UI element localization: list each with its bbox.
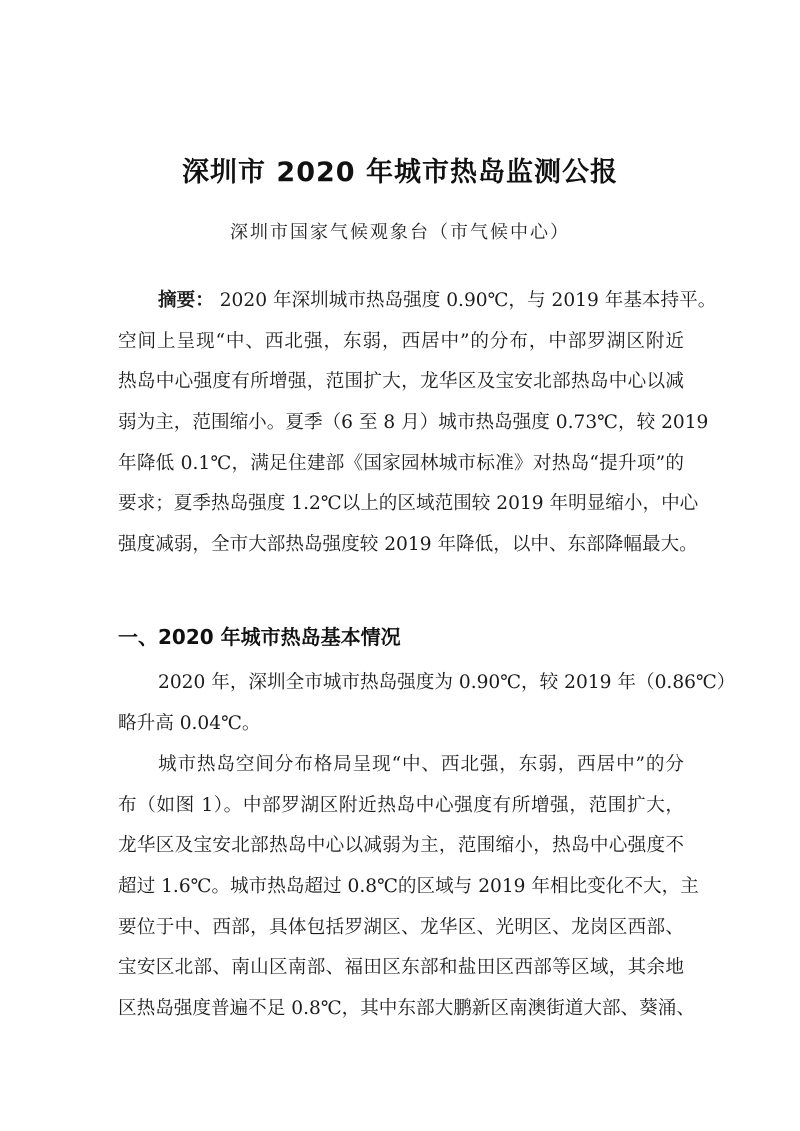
paragraph-line: 略升高 0.04℃。 [118, 704, 684, 745]
document-title: 深圳市 2020 年城市热岛监测公报 [0, 150, 800, 189]
paragraph-line: 布（如图 1）。中部罗湖区附近热岛中心强度有所增强，范围扩大， [118, 786, 684, 827]
paragraph-2: 城市热岛空间分布格局呈现“中、西北强，东弱，西居中”的分 布（如图 1）。中部罗… [118, 745, 684, 1030]
abstract-line: 弱为主，范围缩小。夏季（6 至 8 月）城市热岛强度 0.73℃，较 2019 [118, 403, 684, 444]
document-subtitle: 深圳市国家气候观象台（市气候中心） [0, 218, 800, 244]
paragraph-line: 区热岛强度普遍不足 0.8℃，其中东部大鹏新区南澳街道大部、葵涌、 [118, 989, 684, 1030]
abstract-line: 强度减弱，全市大部热岛强度较 2019 年降低，以中、东部降幅最大。 [118, 525, 684, 566]
section-heading: 一、2020 年城市热岛基本情况 [118, 621, 401, 650]
paragraph-line: 2020 年，深圳全市城市热岛强度为 0.90℃，较 2019 年（0.86℃） [118, 663, 684, 704]
document-page: 深圳市 2020 年城市热岛监测公报 深圳市国家气候观象台（市气候中心） 摘要：… [0, 0, 800, 1131]
abstract-line: 要求；夏季热岛强度 1.2℃以上的区域范围较 2019 年明显缩小，中心 [118, 484, 684, 525]
paragraph-line: 超过 1.6℃。城市热岛超过 0.8℃的区域与 2019 年相比变化不大，主 [118, 867, 684, 908]
abstract-line: 空间上呈现“中、西北强，东弱，西居中”的分布，中部罗湖区附近 [118, 322, 684, 363]
paragraph-line: 城市热岛空间分布格局呈现“中、西北强，东弱，西居中”的分 [118, 745, 684, 786]
abstract-line: 年降低 0.1℃，满足住建部《国家园林城市标准》对热岛“提升项”的 [118, 444, 684, 485]
paragraph-1: 2020 年，深圳全市城市热岛强度为 0.90℃，较 2019 年（0.86℃）… [118, 663, 684, 744]
abstract-line: 热岛中心强度有所增强，范围扩大，龙华区及宝安北部热岛中心以减 [118, 362, 684, 403]
paragraph-line: 宝安区北部、南山区南部、福田区东部和盐田区西部等区域，其余地 [118, 948, 684, 989]
paragraph-line: 要位于中、西部，具体包括罗湖区、龙华区、光明区、龙岗区西部、 [118, 908, 684, 949]
abstract-text: 2020 年深圳城市热岛强度 0.90℃，与 2019 年基本持平。 [220, 290, 717, 311]
abstract-block: 摘要： 2020 年深圳城市热岛强度 0.90℃，与 2019 年基本持平。 空… [118, 281, 684, 566]
abstract-line: 摘要： 2020 年深圳城市热岛强度 0.90℃，与 2019 年基本持平。 [118, 281, 684, 322]
abstract-label: 摘要： [158, 290, 214, 311]
paragraph-line: 龙华区及宝安北部热岛中心以减弱为主，范围缩小，热岛中心强度不 [118, 826, 684, 867]
